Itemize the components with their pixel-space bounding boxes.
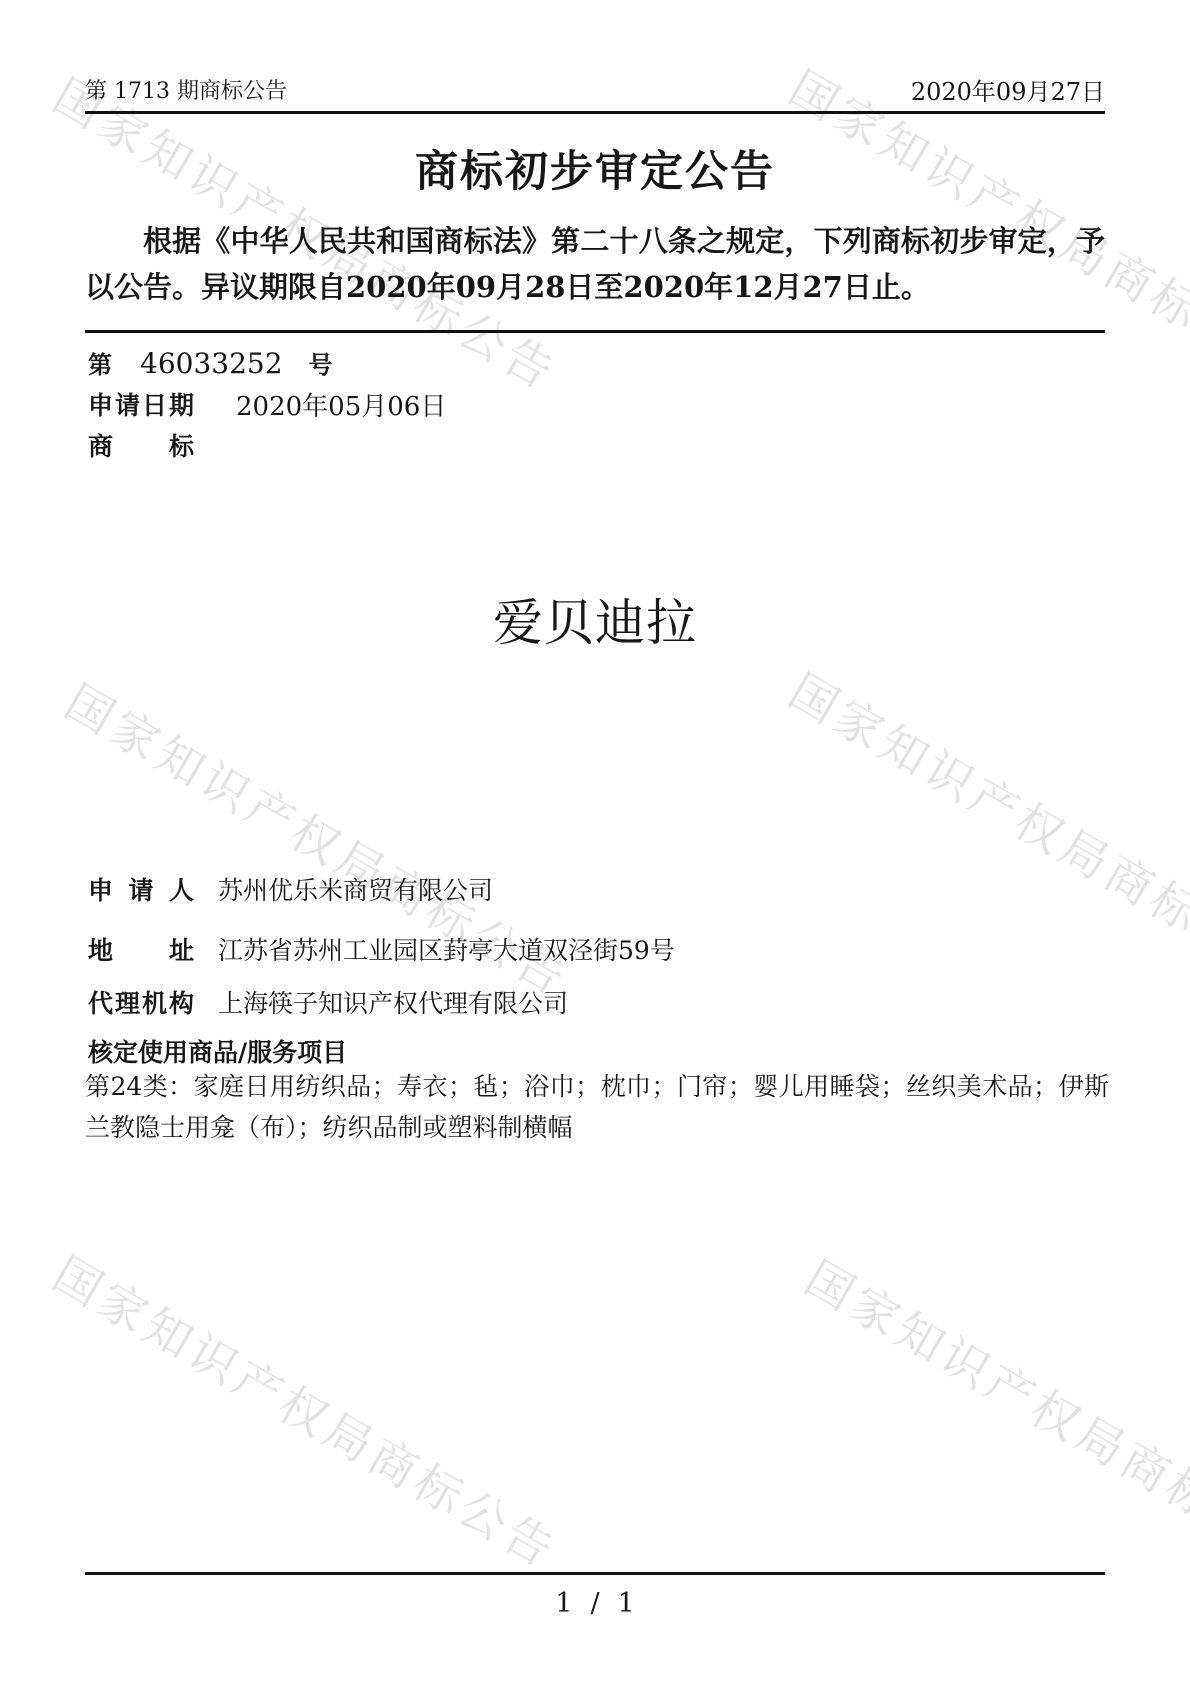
application-date-row: 申请日期2020年05月06日 [88,386,446,423]
address-row: 地址江苏省苏州工业园区葑亭大道双泾街59号 [88,931,675,967]
gazette-date: 2020年09月27日 [911,72,1105,107]
page-title: 商标初步审定公告 [85,138,1105,199]
trademark-label: 商标 [88,427,194,463]
agency-label: 代理机构 [88,984,194,1020]
agency-row: 代理机构上海筷子知识产权代理有限公司 [88,984,568,1020]
applicant-value: 苏州优乐米商贸有限公司 [218,876,493,905]
address-value: 江苏省苏州工业园区葑亭大道双泾街59号 [218,936,675,965]
trademark-label-row: 商标 [88,427,194,463]
goods-items-text: 第24类：家庭日用纺织品；寿衣；毡；浴巾；枕巾；门帘；婴儿用睡袋；丝织美术品；伊… [85,1066,1109,1148]
application-date-value: 2020年05月06日 [236,392,446,422]
agency-value: 上海筷子知识产权代理有限公司 [218,989,568,1018]
page-total: 1 [618,1588,635,1619]
gazette-issue-label: 第 1713 期商标公告 [85,74,287,105]
address-label: 地址 [88,931,194,967]
footer-divider [85,1572,1105,1575]
trademark-name: 爱贝迪拉 [85,583,1105,655]
section-divider [85,330,1105,333]
page-separator: / [590,1588,599,1619]
applicant-label: 申请人 [88,871,194,907]
intro-line-1: 根据《中华人民共和国商标法》第二十八条之规定，下列商标初步审定，予 [85,218,1105,264]
page-indicator: 1/1 [85,1588,1105,1619]
intro-paragraph: 根据《中华人民共和国商标法》第二十八条之规定，下列商标初步审定，予 以公告。异议… [85,218,1105,310]
registration-number-row: 第46033252号 [88,345,333,380]
document-page: 国家知识产权局商标公告 国家知识产权局商标公告 国家知识产权局商标公告 国家知识… [0,0,1190,1684]
goods-section-label: 核定使用商品/服务项目 [88,1033,347,1069]
registration-number: 46033252 [140,347,283,380]
page-current: 1 [555,1588,572,1619]
intro-line-2: 以公告。异议期限自2020年09月28日至2020年12月27日止。 [85,264,1105,310]
registration-number-suffix: 号 [309,350,333,379]
registration-number-prefix: 第 [88,350,112,379]
content-layer: 第 1713 期商标公告 2020年09月27日 商标初步审定公告 根据《中华人… [0,0,1190,1684]
application-date-label: 申请日期 [88,386,194,422]
header-divider [85,111,1105,114]
applicant-row: 申请人苏州优乐米商贸有限公司 [88,871,493,907]
